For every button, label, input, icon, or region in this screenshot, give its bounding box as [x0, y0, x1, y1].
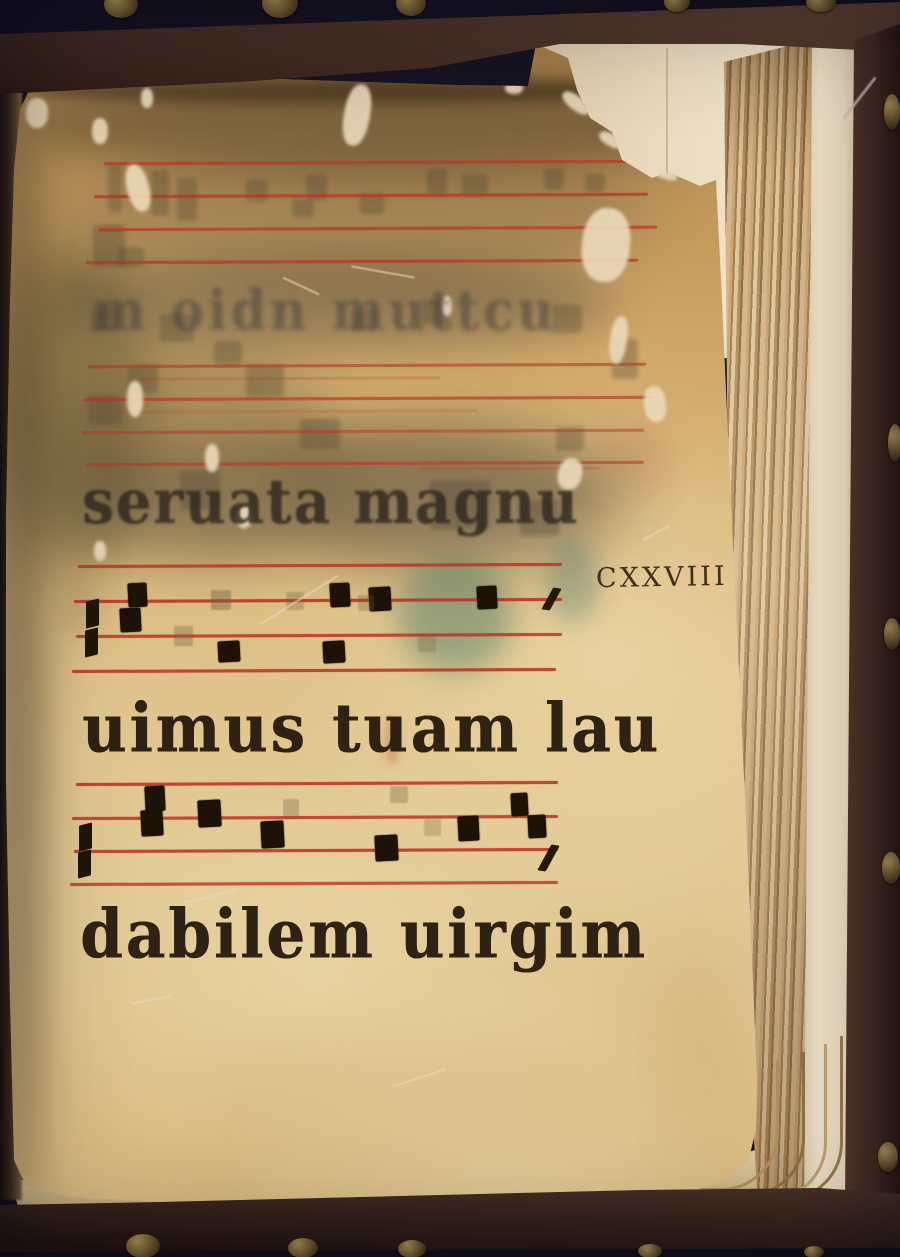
- brass-boss-icon: [878, 1142, 898, 1172]
- ghost-note: [283, 799, 299, 817]
- abrasion-spot: [642, 385, 668, 423]
- square-note: [527, 815, 546, 839]
- scratch-line: [131, 996, 171, 1005]
- faded-ink-smudge: [585, 174, 605, 192]
- square-note: [260, 820, 284, 848]
- chant-text-uimus-line: uimus tuam lau: [82, 690, 661, 768]
- brass-boss-icon: [288, 1238, 318, 1257]
- faded-ink-smudge: [151, 170, 169, 216]
- stain-blotch: [545, 538, 600, 623]
- clef-icon: [79, 822, 92, 851]
- square-note: [510, 793, 528, 817]
- square-note: [140, 809, 163, 836]
- staff-line: [70, 881, 558, 886]
- folio-number: CXXVIII: [596, 561, 728, 594]
- square-note: [119, 607, 141, 632]
- stain-blotch: [200, 1035, 620, 1180]
- faded-ink-smudge: [300, 419, 340, 449]
- faded-ink-smudge: [177, 178, 197, 221]
- brass-boss-icon: [104, 0, 138, 18]
- ghost-note: [424, 819, 441, 836]
- ghost-note: [418, 636, 436, 652]
- square-note: [476, 585, 497, 609]
- manuscript-book-photo: m oidn muttcu seruata magnu uimus tuam l…: [0, 0, 900, 1257]
- faded-ink-smudge: [292, 199, 314, 217]
- faded-ink-smudge: [544, 168, 564, 190]
- ghost-note: [174, 626, 193, 646]
- ghost-note: [390, 786, 408, 803]
- ghost-note: [211, 590, 231, 610]
- square-note: [457, 815, 479, 841]
- staff-line: [140, 376, 440, 380]
- square-note: [217, 640, 240, 662]
- stain-blotch: [640, 935, 755, 1160]
- brass-boss-icon: [804, 1246, 824, 1257]
- abrasion-spot: [127, 381, 143, 417]
- clef-icon: [86, 598, 99, 628]
- brass-boss-icon: [398, 1240, 426, 1257]
- brass-boss-icon: [262, 0, 298, 18]
- brass-boss-icon: [888, 424, 900, 462]
- staff-line: [72, 668, 556, 673]
- abrasion-spot: [141, 88, 153, 108]
- ghost-note: [358, 595, 374, 611]
- square-note: [322, 640, 345, 663]
- scratch-line: [642, 525, 669, 541]
- brass-boss-icon: [882, 852, 900, 884]
- abrasion-spot: [94, 541, 106, 561]
- stain-blotch: [398, 558, 513, 673]
- faded-ink-smudge: [108, 164, 122, 212]
- chant-text-dabilem-line: dabilem uirgim: [80, 896, 648, 974]
- stain-blotch: [598, 424, 668, 494]
- chant-text-faded-line: m oidn muttcu: [92, 278, 558, 343]
- square-note: [144, 785, 165, 811]
- faded-ink-smudge: [214, 341, 242, 365]
- brass-boss-icon: [884, 618, 900, 650]
- clef-icon: [78, 849, 91, 878]
- staff-line: [74, 848, 558, 853]
- abrasion-spot: [92, 118, 108, 144]
- square-note: [197, 799, 221, 827]
- brass-boss-icon: [884, 94, 900, 130]
- square-note: [374, 834, 398, 861]
- brass-boss-icon: [396, 0, 426, 16]
- square-note: [127, 583, 147, 608]
- faded-ink-smudge: [246, 365, 284, 397]
- staff-line: [76, 781, 558, 786]
- faded-ink-smudge: [246, 179, 268, 201]
- square-note: [329, 582, 350, 607]
- abrasion-spot: [26, 98, 48, 128]
- faded-ink-smudge: [427, 169, 447, 196]
- chant-text-seruata-line: seruata magnu: [82, 466, 579, 539]
- abrasion-spot: [505, 82, 523, 94]
- clef-icon: [85, 627, 98, 657]
- brass-boss-icon: [126, 1234, 160, 1257]
- brass-boss-icon: [638, 1244, 662, 1257]
